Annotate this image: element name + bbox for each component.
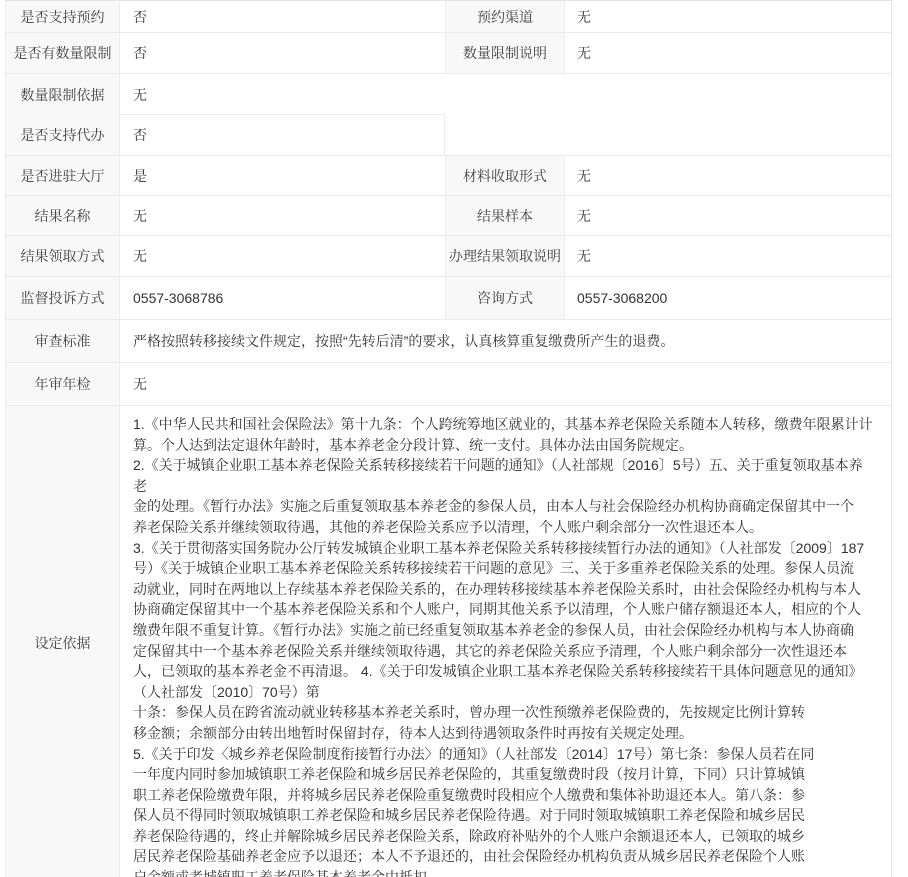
row-value: 无 xyxy=(565,156,891,195)
row-label: 咨询方式 xyxy=(445,277,565,319)
row-value: 无 xyxy=(120,74,445,115)
row-label: 结果样本 xyxy=(445,196,565,235)
row-value: 无 xyxy=(565,1,891,32)
row-value: 否 xyxy=(120,1,445,32)
table-row: 是否进驻大厅 是 材料收取形式 无 xyxy=(6,156,891,196)
table-row: 是否支持代办 否 xyxy=(6,115,445,155)
row-value: 无 xyxy=(120,236,445,276)
row-label: 预约渠道 xyxy=(445,1,565,32)
row-label: 是否支持预约 xyxy=(6,1,120,32)
empty-cell xyxy=(445,74,891,155)
row-label: 结果名称 xyxy=(6,196,120,235)
table-row: 是否支持预约 否 预约渠道 无 xyxy=(6,1,891,33)
row-label: 审查标准 xyxy=(6,320,120,362)
supervision-phone: 0557-3068786 xyxy=(120,277,445,319)
table-row: 结果名称 无 结果样本 无 xyxy=(6,196,891,236)
row-label: 办理结果领取说明 xyxy=(445,236,565,276)
row-label: 结果领取方式 xyxy=(6,236,120,276)
row-label: 设定依据 xyxy=(6,406,120,877)
review-standard-text: 严格按照转移接续文件规定，按照“先转后清”的要求，认真核算重复缴费所产生的退费。 xyxy=(120,320,891,362)
consult-phone: 0557-3068200 xyxy=(565,277,891,319)
row-value: 否 xyxy=(120,115,445,155)
row-label: 是否有数量限制 xyxy=(6,33,120,73)
table-row: 结果领取方式 无 办理结果领取说明 无 xyxy=(6,236,891,277)
row-label: 年审年检 xyxy=(6,363,120,405)
row-label: 是否进驻大厅 xyxy=(6,156,120,195)
service-detail-table: 是否支持预约 否 预约渠道 无 是否有数量限制 否 数量限制说明 无 数量限制依… xyxy=(5,0,892,877)
legal-basis-text: 1.《中华人民共和国社会保险法》第十九条：个人跨统筹地区就业的，其基本养老保险关… xyxy=(120,406,891,877)
row-value: 无 xyxy=(565,236,891,276)
table-row: 监督投诉方式 0557-3068786 咨询方式 0557-3068200 xyxy=(6,277,891,320)
row-label: 监督投诉方式 xyxy=(6,277,120,319)
row-value: 无 xyxy=(565,33,891,73)
table-row: 是否有数量限制 否 数量限制说明 无 xyxy=(6,33,891,74)
table-row: 审查标准 严格按照转移接续文件规定，按照“先转后清”的要求，认真核算重复缴费所产… xyxy=(6,320,891,363)
row-label: 数量限制说明 xyxy=(445,33,565,73)
table-row: 年审年检 无 xyxy=(6,363,891,406)
row-label: 是否支持代办 xyxy=(6,115,120,155)
row-value: 无 xyxy=(120,363,891,405)
row-label: 材料收取形式 xyxy=(445,156,565,195)
table-row: 设定依据 1.《中华人民共和国社会保险法》第十九条：个人跨统筹地区就业的，其基本… xyxy=(6,406,891,877)
row-value: 是 xyxy=(120,156,445,195)
row-value: 无 xyxy=(120,196,445,235)
table-row: 数量限制依据 无 xyxy=(6,74,445,115)
row-label: 数量限制依据 xyxy=(6,74,120,115)
table-row-group: 数量限制依据 无 是否支持代办 否 xyxy=(6,74,891,156)
row-value: 否 xyxy=(120,33,445,73)
row-value: 无 xyxy=(565,196,891,235)
